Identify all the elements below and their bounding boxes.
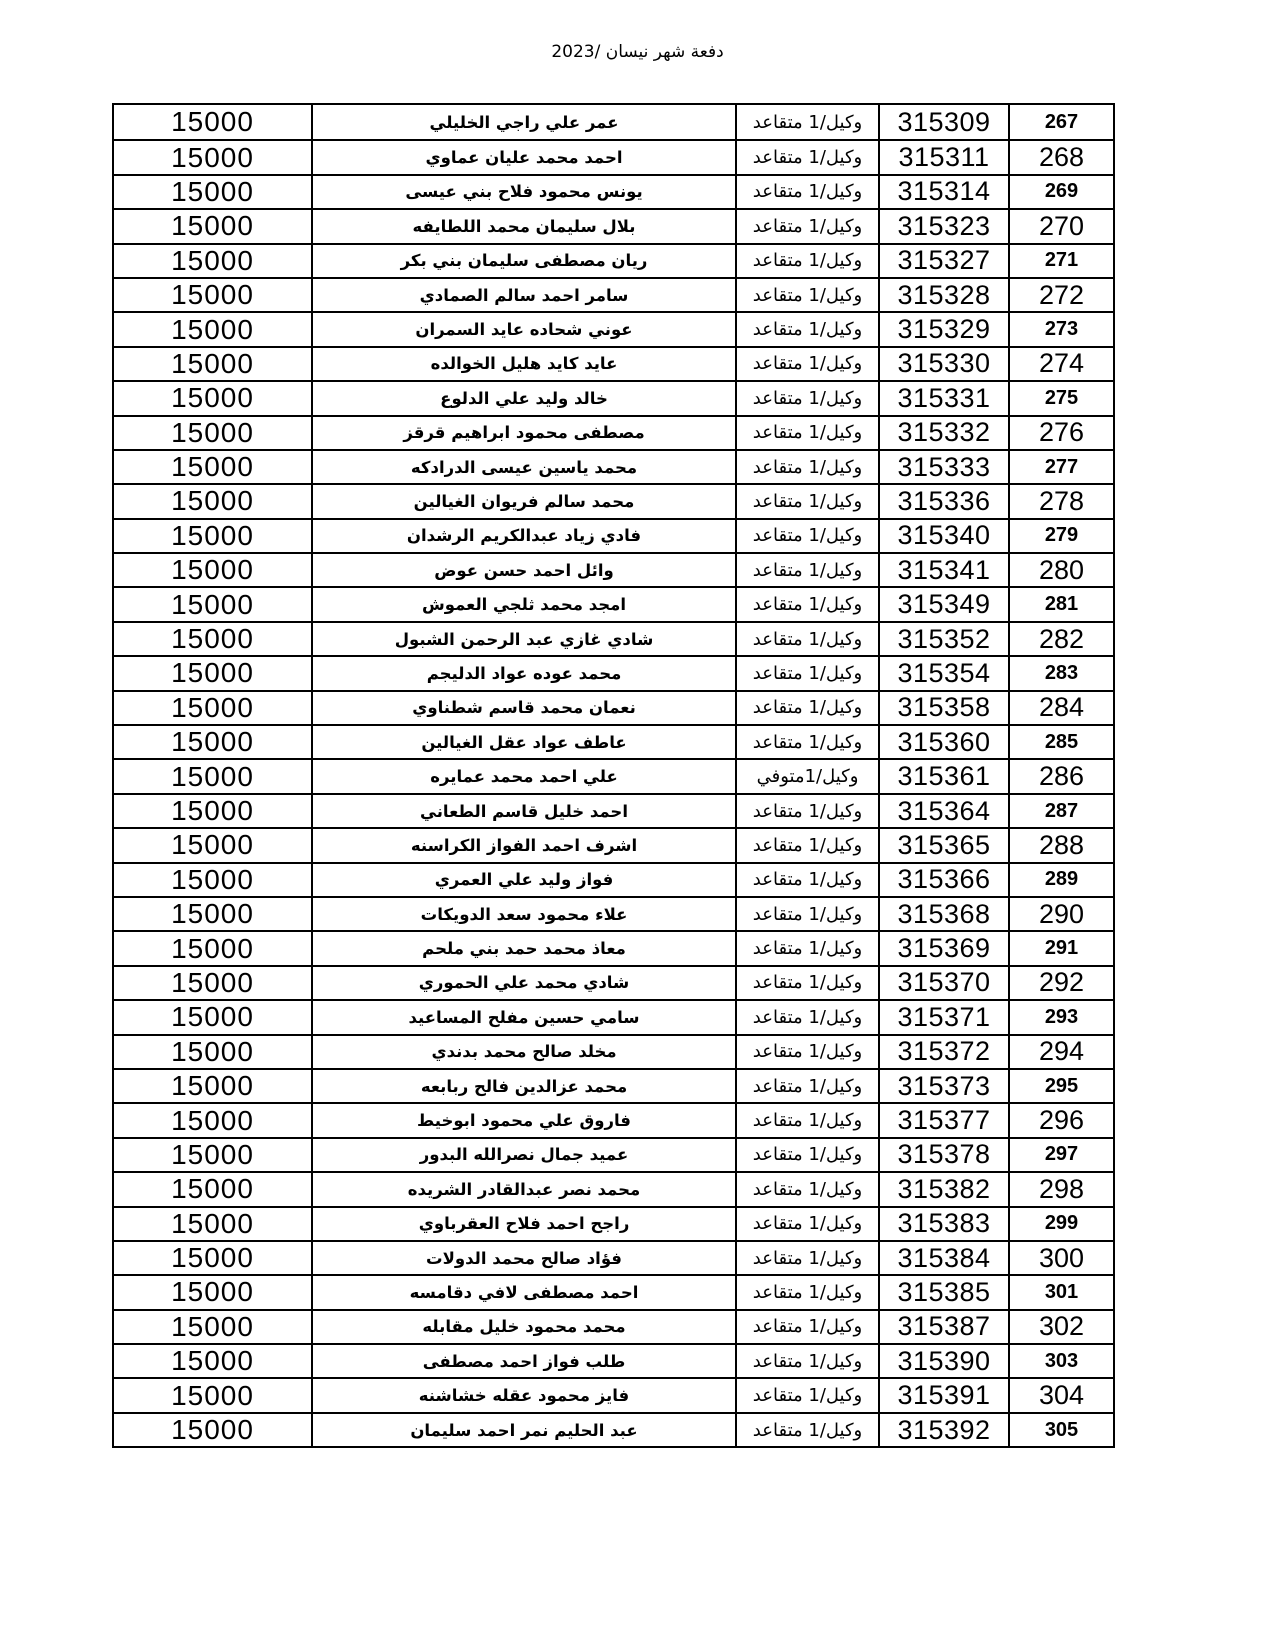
amount-cell: 15000 — [114, 726, 313, 758]
table-row: 273315329وكيل/1 متقاعدعوني شحاده عايد ال… — [114, 311, 1113, 345]
amount-cell: 15000 — [114, 898, 313, 930]
table-row: 276315332وكيل/1 متقاعدمصطفى محمود ابراهي… — [114, 415, 1113, 449]
table-row: 277315333وكيل/1 متقاعدمحمد ياسين عيسى ال… — [114, 449, 1113, 483]
name-cell: محمد نصر عبدالقادر الشريده — [313, 1173, 737, 1205]
military-id-cell: 315392 — [880, 1414, 1010, 1446]
amount-cell: 15000 — [114, 313, 313, 345]
table-row: 278315336وكيل/1 متقاعدمحمد سالم فريوان ا… — [114, 483, 1113, 517]
amount-cell: 15000 — [114, 210, 313, 242]
table-row: 285315360وكيل/1 متقاعدعاطف عواد عقل الغي… — [114, 724, 1113, 758]
amount-cell: 15000 — [114, 1104, 313, 1136]
amount-cell: 15000 — [114, 176, 313, 208]
amount-cell: 15000 — [114, 1311, 313, 1343]
row-number-cell: 280 — [1010, 554, 1113, 586]
military-id-cell: 315358 — [880, 692, 1010, 724]
rank-cell: وكيل/1 متقاعد — [737, 348, 880, 380]
table-row: 303315390وكيل/1 متقاعدطلب فواز احمد مصطف… — [114, 1343, 1113, 1377]
name-cell: مخلد صالح محمد بدندي — [313, 1036, 737, 1068]
name-cell: فواز وليد علي العمري — [313, 864, 737, 896]
rank-cell: وكيل/1 متقاعد — [737, 967, 880, 999]
name-cell: عايد كايد هليل الخوالده — [313, 348, 737, 380]
amount-cell: 15000 — [114, 1242, 313, 1274]
table-row: 281315349وكيل/1 متقاعدامجد محمد ثلجي الع… — [114, 586, 1113, 620]
rank-cell: وكيل/1 متقاعد — [737, 313, 880, 345]
amount-cell: 15000 — [114, 141, 313, 173]
table-row: 296315377وكيل/1 متقاعدفاروق علي محمود اب… — [114, 1102, 1113, 1136]
military-id-cell: 315373 — [880, 1070, 1010, 1102]
military-id-cell: 315377 — [880, 1104, 1010, 1136]
table-row: 292315370وكيل/1 متقاعدشادي محمد علي الحم… — [114, 965, 1113, 999]
rank-cell: وكيل/1 متقاعد — [737, 588, 880, 620]
rank-cell: وكيل/1 متقاعد — [737, 417, 880, 449]
amount-cell: 15000 — [114, 829, 313, 861]
rank-cell: وكيل/1 متقاعد — [737, 1379, 880, 1411]
military-id-cell: 315383 — [880, 1208, 1010, 1240]
row-number-cell: 289 — [1010, 864, 1113, 896]
table-row: 274315330وكيل/1 متقاعدعايد كايد هليل الخ… — [114, 346, 1113, 380]
name-cell: شادي غازي عبد الرحمن الشبول — [313, 623, 737, 655]
name-cell: سامي حسين مفلح المساعيد — [313, 1001, 737, 1033]
table-row: 301315385وكيل/1 متقاعداحمد مصطفى لافي دق… — [114, 1274, 1113, 1308]
amount-cell: 15000 — [114, 967, 313, 999]
page-title: دفعة شهر نيسان /2023 — [0, 42, 1275, 62]
row-number-cell: 281 — [1010, 588, 1113, 620]
rank-cell: وكيل/1 متقاعد — [737, 1414, 880, 1446]
name-cell: يونس محمود فلاح بني عيسى — [313, 176, 737, 208]
amount-cell: 15000 — [114, 1139, 313, 1171]
table-row: 299315383وكيل/1 متقاعدراجح احمد فلاح الع… — [114, 1206, 1113, 1240]
table-row: 304315391وكيل/1 متقاعدفايز محمود عقله خش… — [114, 1377, 1113, 1411]
amount-cell: 15000 — [114, 245, 313, 277]
military-id-cell: 315332 — [880, 417, 1010, 449]
row-number-cell: 305 — [1010, 1414, 1113, 1446]
rank-cell: وكيل/1 متقاعد — [737, 520, 880, 552]
rank-cell: وكيل/1 متقاعد — [737, 1276, 880, 1308]
military-id-cell: 315364 — [880, 795, 1010, 827]
payments-table: 267315309وكيل/1 متقاعدعمر علي راجي الخلي… — [112, 103, 1115, 1448]
rank-cell: وكيل/1 متقاعد — [737, 485, 880, 517]
amount-cell: 15000 — [114, 1036, 313, 1068]
name-cell: عبد الحليم نمر احمد سليمان — [313, 1414, 737, 1446]
rank-cell: وكيل/1 متقاعد — [737, 829, 880, 861]
name-cell: فؤاد صالح محمد الدولات — [313, 1242, 737, 1274]
amount-cell: 15000 — [114, 1345, 313, 1377]
name-cell: محمد عزالدين فالح ربابعه — [313, 1070, 737, 1102]
amount-cell: 15000 — [114, 864, 313, 896]
rank-cell: وكيل/1 متقاعد — [737, 1036, 880, 1068]
name-cell: امجد محمد ثلجي العموش — [313, 588, 737, 620]
row-number-cell: 276 — [1010, 417, 1113, 449]
rank-cell: وكيل/1 متقاعد — [737, 1208, 880, 1240]
table-row: 269315314وكيل/1 متقاعديونس محمود فلاح بن… — [114, 174, 1113, 208]
name-cell: طلب فواز احمد مصطفى — [313, 1345, 737, 1377]
table-row: 267315309وكيل/1 متقاعدعمر علي راجي الخلي… — [114, 105, 1113, 139]
table-row: 286315361وكيل/1متوفيعلي احمد محمد عمايره… — [114, 758, 1113, 792]
row-number-cell: 272 — [1010, 279, 1113, 311]
military-id-cell: 315382 — [880, 1173, 1010, 1205]
table-row: 291315369وكيل/1 متقاعدمعاذ محمد حمد بني … — [114, 930, 1113, 964]
row-number-cell: 296 — [1010, 1104, 1113, 1136]
name-cell: محمد عوده عواد الدليجم — [313, 657, 737, 689]
row-number-cell: 274 — [1010, 348, 1113, 380]
rank-cell: وكيل/1 متقاعد — [737, 1104, 880, 1136]
table-row: 300315384وكيل/1 متقاعدفؤاد صالح محمد الد… — [114, 1240, 1113, 1274]
amount-cell: 15000 — [114, 1379, 313, 1411]
rank-cell: وكيل/1 متقاعد — [737, 1070, 880, 1102]
row-number-cell: 295 — [1010, 1070, 1113, 1102]
military-id-cell: 315311 — [880, 141, 1010, 173]
military-id-cell: 315329 — [880, 313, 1010, 345]
rank-cell: وكيل/1 متقاعد — [737, 692, 880, 724]
amount-cell: 15000 — [114, 1001, 313, 1033]
row-number-cell: 277 — [1010, 451, 1113, 483]
row-number-cell: 286 — [1010, 760, 1113, 792]
name-cell: احمد خليل قاسم الطعاني — [313, 795, 737, 827]
amount-cell: 15000 — [114, 417, 313, 449]
rank-cell: وكيل/1 متقاعد — [737, 1242, 880, 1274]
table-row: 270315323وكيل/1 متقاعدبلال سليمان محمد ا… — [114, 208, 1113, 242]
military-id-cell: 315391 — [880, 1379, 1010, 1411]
table-row: 271315327وكيل/1 متقاعدريان مصطفى سليمان … — [114, 243, 1113, 277]
table-row: 290315368وكيل/1 متقاعدعلاء محمود سعد الد… — [114, 896, 1113, 930]
rank-cell: وكيل/1 متقاعد — [737, 623, 880, 655]
name-cell: علاء محمود سعد الدويكات — [313, 898, 737, 930]
rank-cell: وكيل/1 متقاعد — [737, 795, 880, 827]
table-row: 282315352وكيل/1 متقاعدشادي غازي عبد الرح… — [114, 621, 1113, 655]
name-cell: علي احمد محمد عمايره — [313, 760, 737, 792]
military-id-cell: 315331 — [880, 382, 1010, 414]
name-cell: مصطفى محمود ابراهيم قرقز — [313, 417, 737, 449]
name-cell: فاروق علي محمود ابوخيط — [313, 1104, 737, 1136]
name-cell: عمر علي راجي الخليلي — [313, 105, 737, 139]
table-row: 272315328وكيل/1 متقاعدسامر احمد سالم الص… — [114, 277, 1113, 311]
military-id-cell: 315327 — [880, 245, 1010, 277]
table-row: 279315340وكيل/1 متقاعدفادي زياد عبدالكري… — [114, 518, 1113, 552]
rank-cell: وكيل/1 متقاعد — [737, 1139, 880, 1171]
row-number-cell: 294 — [1010, 1036, 1113, 1068]
military-id-cell: 315372 — [880, 1036, 1010, 1068]
military-id-cell: 315354 — [880, 657, 1010, 689]
amount-cell: 15000 — [114, 348, 313, 380]
military-id-cell: 315333 — [880, 451, 1010, 483]
amount-cell: 15000 — [114, 760, 313, 792]
amount-cell: 15000 — [114, 105, 313, 139]
name-cell: وائل احمد حسن عوض — [313, 554, 737, 586]
amount-cell: 15000 — [114, 382, 313, 414]
rank-cell: وكيل/1 متقاعد — [737, 1173, 880, 1205]
rank-cell: وكيل/1 متقاعد — [737, 1345, 880, 1377]
table-row: 293315371وكيل/1 متقاعدسامي حسين مفلح الم… — [114, 999, 1113, 1033]
row-number-cell: 278 — [1010, 485, 1113, 517]
amount-cell: 15000 — [114, 485, 313, 517]
table-row: 268315311وكيل/1 متقاعداحمد محمد عليان عم… — [114, 139, 1113, 173]
name-cell: محمد سالم فريوان الغيالين — [313, 485, 737, 517]
row-number-cell: 270 — [1010, 210, 1113, 242]
row-number-cell: 282 — [1010, 623, 1113, 655]
military-id-cell: 315369 — [880, 932, 1010, 964]
rank-cell: وكيل/1 متقاعد — [737, 554, 880, 586]
military-id-cell: 315368 — [880, 898, 1010, 930]
amount-cell: 15000 — [114, 932, 313, 964]
row-number-cell: 300 — [1010, 1242, 1113, 1274]
name-cell: محمد ياسين عيسى الدرادكه — [313, 451, 737, 483]
amount-cell: 15000 — [114, 657, 313, 689]
row-number-cell: 287 — [1010, 795, 1113, 827]
amount-cell: 15000 — [114, 279, 313, 311]
name-cell: سامر احمد سالم الصمادي — [313, 279, 737, 311]
row-number-cell: 283 — [1010, 657, 1113, 689]
amount-cell: 15000 — [114, 623, 313, 655]
rank-cell: وكيل/1 متقاعد — [737, 382, 880, 414]
name-cell: عميد جمال نصرالله البدور — [313, 1139, 737, 1171]
name-cell: فادي زياد عبدالكريم الرشدان — [313, 520, 737, 552]
military-id-cell: 315384 — [880, 1242, 1010, 1274]
row-number-cell: 275 — [1010, 382, 1113, 414]
row-number-cell: 303 — [1010, 1345, 1113, 1377]
table-row: 287315364وكيل/1 متقاعداحمد خليل قاسم الط… — [114, 793, 1113, 827]
rank-cell: وكيل/1متوفي — [737, 760, 880, 792]
payments-table-body: 267315309وكيل/1 متقاعدعمر علي راجي الخلي… — [114, 105, 1113, 1446]
amount-cell: 15000 — [114, 1276, 313, 1308]
name-cell: عوني شحاده عايد السمران — [313, 313, 737, 345]
rank-cell: وكيل/1 متقاعد — [737, 245, 880, 277]
table-row: 305315392وكيل/1 متقاعدعبد الحليم نمر احم… — [114, 1412, 1113, 1446]
name-cell: فايز محمود عقله خشاشنه — [313, 1379, 737, 1411]
rank-cell: وكيل/1 متقاعد — [737, 898, 880, 930]
military-id-cell: 315349 — [880, 588, 1010, 620]
name-cell: محمد محمود خليل مقابله — [313, 1311, 737, 1343]
amount-cell: 15000 — [114, 1208, 313, 1240]
military-id-cell: 315370 — [880, 967, 1010, 999]
row-number-cell: 284 — [1010, 692, 1113, 724]
rank-cell: وكيل/1 متقاعد — [737, 932, 880, 964]
military-id-cell: 315361 — [880, 760, 1010, 792]
military-id-cell: 315365 — [880, 829, 1010, 861]
row-number-cell: 297 — [1010, 1139, 1113, 1171]
military-id-cell: 315387 — [880, 1311, 1010, 1343]
rank-cell: وكيل/1 متقاعد — [737, 141, 880, 173]
table-row: 289315366وكيل/1 متقاعدفواز وليد علي العم… — [114, 862, 1113, 896]
rank-cell: وكيل/1 متقاعد — [737, 657, 880, 689]
rank-cell: وكيل/1 متقاعد — [737, 726, 880, 758]
rank-cell: وكيل/1 متقاعد — [737, 864, 880, 896]
rank-cell: وكيل/1 متقاعد — [737, 105, 880, 139]
name-cell: اشرف احمد الفواز الكراسنه — [313, 829, 737, 861]
row-number-cell: 302 — [1010, 1311, 1113, 1343]
rank-cell: وكيل/1 متقاعد — [737, 1311, 880, 1343]
row-number-cell: 301 — [1010, 1276, 1113, 1308]
name-cell: احمد مصطفى لافي دقامسه — [313, 1276, 737, 1308]
table-row: 298315382وكيل/1 متقاعدمحمد نصر عبدالقادر… — [114, 1171, 1113, 1205]
military-id-cell: 315323 — [880, 210, 1010, 242]
row-number-cell: 279 — [1010, 520, 1113, 552]
row-number-cell: 304 — [1010, 1379, 1113, 1411]
name-cell: ريان مصطفى سليمان بني بكر — [313, 245, 737, 277]
table-row: 283315354وكيل/1 متقاعدمحمد عوده عواد الد… — [114, 655, 1113, 689]
row-number-cell: 293 — [1010, 1001, 1113, 1033]
rank-cell: وكيل/1 متقاعد — [737, 1001, 880, 1033]
military-id-cell: 315352 — [880, 623, 1010, 655]
table-row: 302315387وكيل/1 متقاعدمحمد محمود خليل مق… — [114, 1309, 1113, 1343]
name-cell: معاذ محمد حمد بني ملحم — [313, 932, 737, 964]
row-number-cell: 298 — [1010, 1173, 1113, 1205]
military-id-cell: 315360 — [880, 726, 1010, 758]
amount-cell: 15000 — [114, 1070, 313, 1102]
military-id-cell: 315341 — [880, 554, 1010, 586]
military-id-cell: 315330 — [880, 348, 1010, 380]
name-cell: احمد محمد عليان عماوي — [313, 141, 737, 173]
amount-cell: 15000 — [114, 588, 313, 620]
name-cell: راجح احمد فلاح العقرباوي — [313, 1208, 737, 1240]
amount-cell: 15000 — [114, 1414, 313, 1446]
table-row: 295315373وكيل/1 متقاعدمحمد عزالدين فالح … — [114, 1068, 1113, 1102]
row-number-cell: 271 — [1010, 245, 1113, 277]
row-number-cell: 291 — [1010, 932, 1113, 964]
table-row: 280315341وكيل/1 متقاعدوائل احمد حسن عوض1… — [114, 552, 1113, 586]
row-number-cell: 269 — [1010, 176, 1113, 208]
document-page: مدار121234567891011الساعةالإخباريةمدار12… — [0, 0, 1275, 1650]
military-id-cell: 315390 — [880, 1345, 1010, 1377]
rank-cell: وكيل/1 متقاعد — [737, 451, 880, 483]
row-number-cell: 288 — [1010, 829, 1113, 861]
military-id-cell: 315378 — [880, 1139, 1010, 1171]
name-cell: خالد وليد علي الدلوع — [313, 382, 737, 414]
amount-cell: 15000 — [114, 520, 313, 552]
rank-cell: وكيل/1 متقاعد — [737, 210, 880, 242]
table-row: 288315365وكيل/1 متقاعداشرف احمد الفواز ا… — [114, 827, 1113, 861]
military-id-cell: 315336 — [880, 485, 1010, 517]
amount-cell: 15000 — [114, 1173, 313, 1205]
military-id-cell: 315371 — [880, 1001, 1010, 1033]
military-id-cell: 315314 — [880, 176, 1010, 208]
military-id-cell: 315385 — [880, 1276, 1010, 1308]
row-number-cell: 267 — [1010, 105, 1113, 139]
amount-cell: 15000 — [114, 554, 313, 586]
row-number-cell: 290 — [1010, 898, 1113, 930]
military-id-cell: 315366 — [880, 864, 1010, 896]
military-id-cell: 315309 — [880, 105, 1010, 139]
row-number-cell: 268 — [1010, 141, 1113, 173]
amount-cell: 15000 — [114, 795, 313, 827]
name-cell: شادي محمد علي الحموري — [313, 967, 737, 999]
row-number-cell: 299 — [1010, 1208, 1113, 1240]
row-number-cell: 273 — [1010, 313, 1113, 345]
military-id-cell: 315328 — [880, 279, 1010, 311]
row-number-cell: 285 — [1010, 726, 1113, 758]
table-row: 297315378وكيل/1 متقاعدعميد جمال نصرالله … — [114, 1137, 1113, 1171]
name-cell: بلال سليمان محمد اللطايفه — [313, 210, 737, 242]
table-row: 275315331وكيل/1 متقاعدخالد وليد علي الدل… — [114, 380, 1113, 414]
row-number-cell: 292 — [1010, 967, 1113, 999]
rank-cell: وكيل/1 متقاعد — [737, 279, 880, 311]
amount-cell: 15000 — [114, 692, 313, 724]
table-row: 294315372وكيل/1 متقاعدمخلد صالح محمد بدن… — [114, 1034, 1113, 1068]
table-row: 284315358وكيل/1 متقاعدنعمان محمد قاسم شط… — [114, 690, 1113, 724]
name-cell: عاطف عواد عقل الغيالين — [313, 726, 737, 758]
amount-cell: 15000 — [114, 451, 313, 483]
rank-cell: وكيل/1 متقاعد — [737, 176, 880, 208]
name-cell: نعمان محمد قاسم شطناوي — [313, 692, 737, 724]
military-id-cell: 315340 — [880, 520, 1010, 552]
